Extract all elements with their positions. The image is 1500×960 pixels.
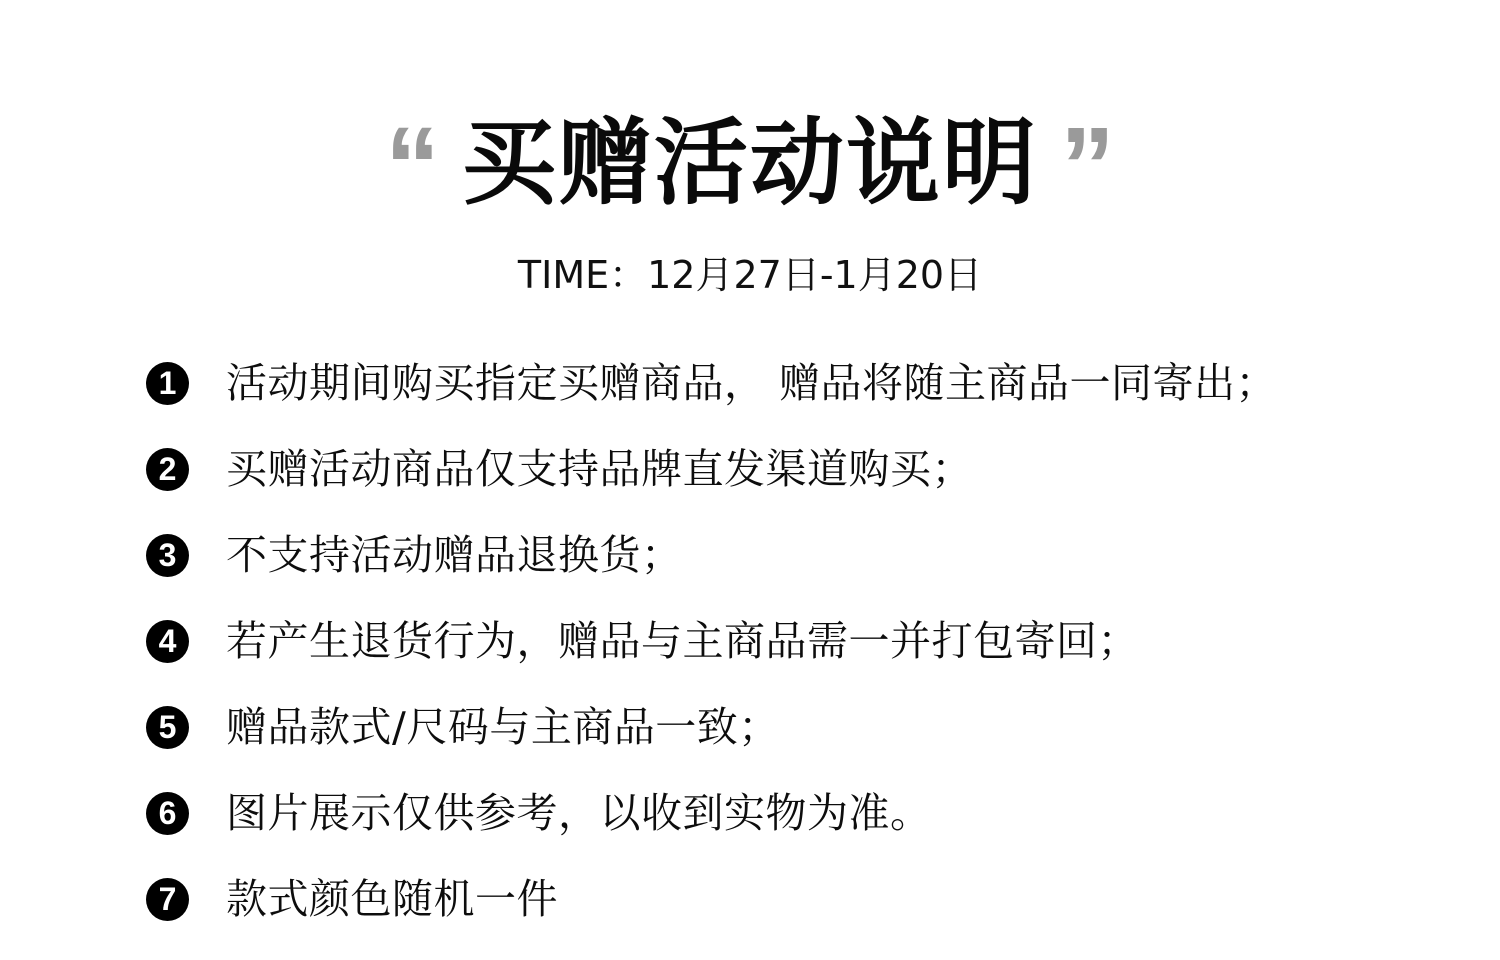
number-badge-icon: 1 [146, 362, 189, 405]
number-badge-icon: 4 [146, 620, 189, 663]
rule-item-6: 6 图片展示仅供参考，以收到实物为准。 [146, 770, 1277, 856]
rule-text: 赠品款式/尺码与主商品一致； [226, 697, 780, 757]
open-quote-icon: “ [385, 104, 440, 224]
rule-item-5: 5 赠品款式/尺码与主商品一致； [146, 684, 1277, 770]
number-badge-icon: 7 [146, 878, 189, 921]
rule-item-1: 1 活动期间购买指定买赠商品， 赠品将随主商品一同寄出； [146, 340, 1277, 426]
rule-text: 图片展示仅供参考，以收到实物为准。 [226, 783, 932, 843]
rule-item-2: 2 买赠活动商品仅支持品牌直发渠道购买； [146, 426, 1277, 512]
rule-item-4: 4 若产生退货行为，赠品与主商品需一并打包寄回； [146, 598, 1277, 684]
rules-list: 1 活动期间购买指定买赠商品， 赠品将随主商品一同寄出； 2 买赠活动商品仅支持… [146, 340, 1277, 942]
rule-text: 买赠活动商品仅支持品牌直发渠道购买； [226, 439, 973, 499]
number-badge-icon: 5 [146, 706, 189, 749]
number-badge-icon: 6 [146, 792, 189, 835]
number-badge-icon: 2 [146, 448, 189, 491]
activity-time: TIME：12月27日-1月20日 [0, 250, 1500, 300]
rule-text: 活动期间购买指定买赠商品， 赠品将随主商品一同寄出； [226, 353, 1277, 413]
rule-text: 若产生退货行为，赠品与主商品需一并打包寄回； [226, 611, 1139, 671]
page-title: 买赠活动说明 [462, 104, 1038, 224]
rule-text: 款式颜色随机一件 [226, 869, 558, 929]
rule-item-7: 7 款式颜色随机一件 [146, 856, 1277, 942]
close-quote-icon: ” [1060, 104, 1115, 224]
title-row: “ 买赠活动说明 ” [0, 104, 1500, 224]
rule-text: 不支持活动赠品退换货； [226, 525, 683, 585]
number-badge-icon: 3 [146, 534, 189, 577]
rule-item-3: 3 不支持活动赠品退换货； [146, 512, 1277, 598]
